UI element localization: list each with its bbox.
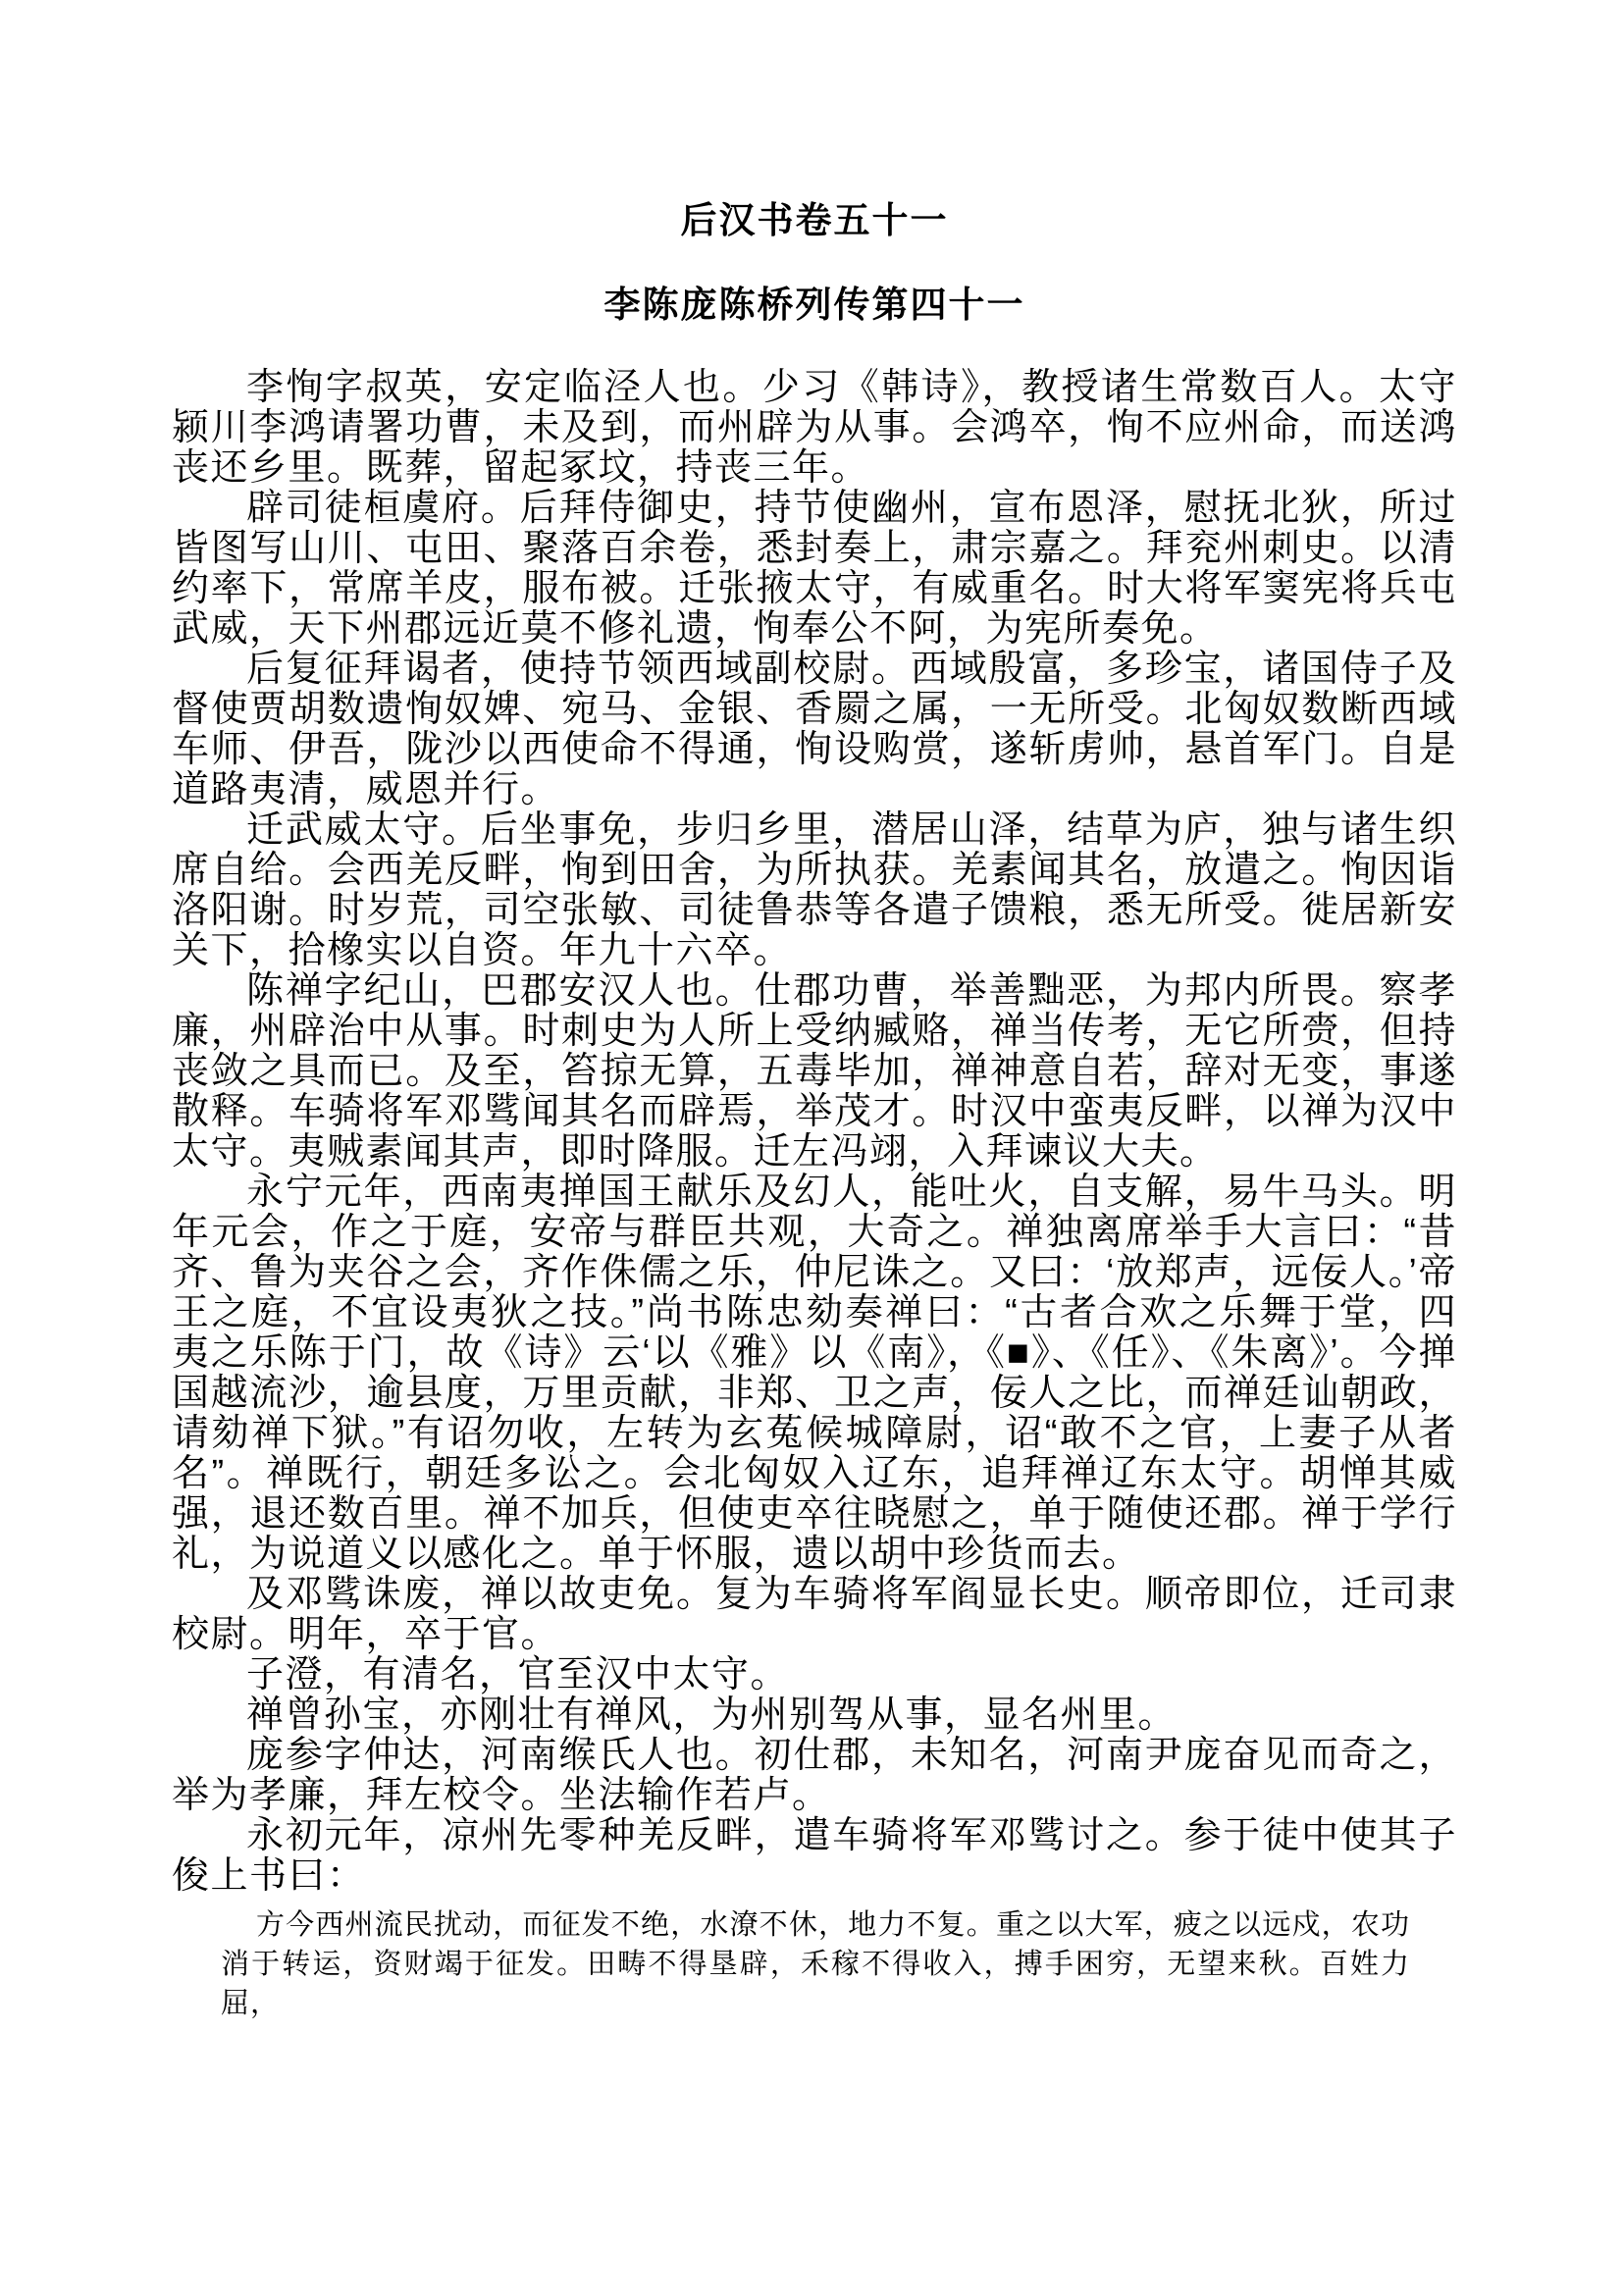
volume-title: 后汉书卷五十一 <box>172 199 1457 242</box>
memorial-quote-paragraph: 方今西州流民扰动，而征发不绝，水潦不休，地力不复。重之以大军，疲之以远戍，农功消… <box>221 1905 1410 2023</box>
body-paragraph: 永初元年，凉州先零种羌反畔，遣车骑将军邓骘讨之。参于徒中使其子俊上书曰： <box>172 1816 1457 1897</box>
body-paragraph: 后复征拜谒者，使持节领西域副校尉。西域殷富，多珍宝，诸国侍子及督使贾胡数遗恂奴婢… <box>172 650 1457 810</box>
body-paragraph: 子澄，有清名，官至汉中太守。 <box>172 1655 1457 1695</box>
body-paragraph: 陈禅字纪山，巴郡安汉人也。仕郡功曹，举善黜恶，为邦内所畏。察孝廉，州辟治中从事。… <box>172 971 1457 1173</box>
body-paragraph: 辟司徒桓虞府。后拜侍御史，持节使幽州，宣布恩泽，慰抚北狄，所过皆图写山川、屯田、… <box>172 489 1457 650</box>
body-paragraph: 迁武威太守。后坐事免，步归乡里，潜居山泽，结草为庐，独与诸生织席自给。会西羌反畔… <box>172 810 1457 971</box>
chapter-title: 李陈庞陈桥列传第四十一 <box>172 284 1457 327</box>
body-paragraph: 庞参字仲达，河南缑氏人也。初仕郡，未知名，河南尹庞奋见而奇之，举为孝廉，拜左校令… <box>172 1736 1457 1816</box>
body-paragraph: 永宁元年，西南夷掸国王献乐及幻人，能吐火，自支解，易牛马头。明年元会，作之于庭，… <box>172 1173 1457 1575</box>
document-page: 后汉书卷五十一 李陈庞陈桥列传第四十一 李恂字叔英，安定临泾人也。少习《韩诗》，… <box>0 0 1624 2294</box>
body-paragraph: 李恂字叔英，安定临泾人也。少习《韩诗》，教授诸生常数百人。太守颍川李鸿请署功曹，… <box>172 368 1457 489</box>
body-paragraph: 及邓骘诛废，禅以故吏免。复为车骑将军阎显长史。顺帝即位，迁司隶校尉。明年，卒于官… <box>172 1575 1457 1655</box>
body-paragraph: 禅曾孙宝，亦刚壮有禅风，为州别驾从事，显名州里。 <box>172 1695 1457 1736</box>
